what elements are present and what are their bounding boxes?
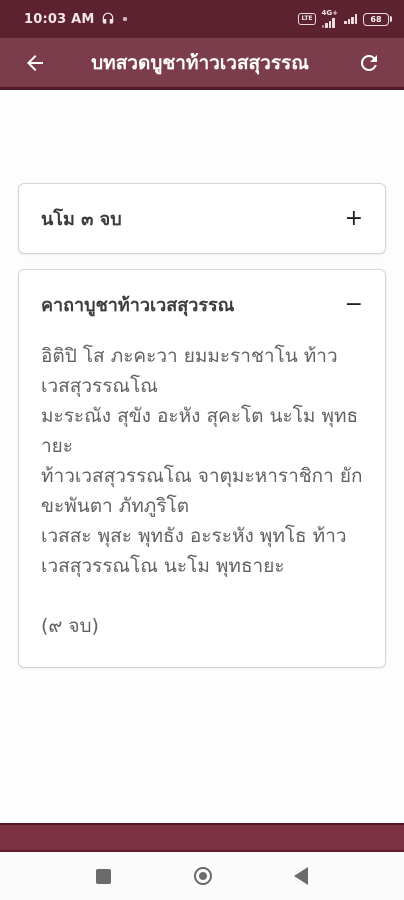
phone-screen: 10:03 AM LTE 4G+ 68 บทสวดบูชาท้าวเวสสุวร… xyxy=(0,0,404,900)
prayer-line: ท้าวเวสสุวรรณโณ จาตุมะหาราชิกา ยักขะพันต… xyxy=(41,461,363,521)
repeat-count-note: (๙ จบ) xyxy=(41,611,363,641)
refresh-button[interactable] xyxy=(352,46,386,80)
prayer-line: มะระณัง สุขัง อะหัง สุคะโต นะโม พุทธายะ xyxy=(41,401,363,461)
status-bar: 10:03 AM LTE 4G+ 68 xyxy=(0,0,404,38)
expand-plus-icon[interactable]: + xyxy=(345,208,363,230)
card-title: คาถาบูชาท้าวเวสสุวรรณ xyxy=(41,290,234,319)
app-bar: บทสวดบูชาท้าวเวสสุวรรณ xyxy=(0,38,404,90)
accordion-header-katha[interactable]: คาถาบูชาท้าวเวสสุวรรณ − xyxy=(19,270,385,339)
android-nav-bar xyxy=(0,852,404,900)
notification-dot-icon xyxy=(123,17,127,21)
prayer-text-body: อิติปิ โส ภะคะวา ยมมะราชาโน ท้าวเวสสุวรร… xyxy=(19,339,385,667)
signal-sim1-icon: 4G+ xyxy=(322,10,338,28)
prayer-line: อิติปิ โส ภะคะวา ยมมะราชาโน ท้าวเวสสุวรร… xyxy=(41,341,363,401)
page-title: บทสวดบูชาท้าวเวสสุวรรณ xyxy=(52,48,352,78)
accordion-card-katha: คาถาบูชาท้าวเวสสุวรรณ − อิติปิ โส ภะคะวา… xyxy=(18,269,386,668)
content-area: นโม ๓ จบ + คาถาบูชาท้าวเวสสุวรรณ − อิติป… xyxy=(0,90,404,823)
accordion-card-namo: นโม ๓ จบ + xyxy=(18,183,386,254)
bottom-banner-strip xyxy=(0,823,404,852)
headset-icon xyxy=(101,12,115,26)
accordion-header-namo[interactable]: นโม ๓ จบ + xyxy=(19,184,385,253)
collapse-minus-icon[interactable]: − xyxy=(345,294,363,316)
status-bar-right: LTE 4G+ 68 xyxy=(298,10,392,28)
back-button[interactable] xyxy=(18,46,52,80)
refresh-icon xyxy=(357,51,381,75)
back-arrow-icon xyxy=(23,51,47,75)
home-circle-icon[interactable] xyxy=(194,867,212,885)
status-bar-left: 10:03 AM xyxy=(24,12,127,27)
battery-percent: 68 xyxy=(363,13,389,26)
nav-back-triangle-icon[interactable] xyxy=(294,867,308,885)
recents-square-icon[interactable] xyxy=(96,869,111,884)
card-title: นโม ๓ จบ xyxy=(41,204,122,233)
battery-icon: 68 xyxy=(363,13,392,26)
prayer-line: เวสสะ พุสะ พุทธัง อะระหัง พุทโธ ท้าวเวสส… xyxy=(41,521,363,581)
signal-bars-2-icon xyxy=(344,14,357,24)
clock: 10:03 AM xyxy=(24,12,95,27)
network-type-label: 4G+ xyxy=(322,10,338,17)
signal-bars-1-icon xyxy=(322,18,335,28)
volte-icon: LTE xyxy=(298,13,315,25)
battery-nub xyxy=(390,16,392,22)
